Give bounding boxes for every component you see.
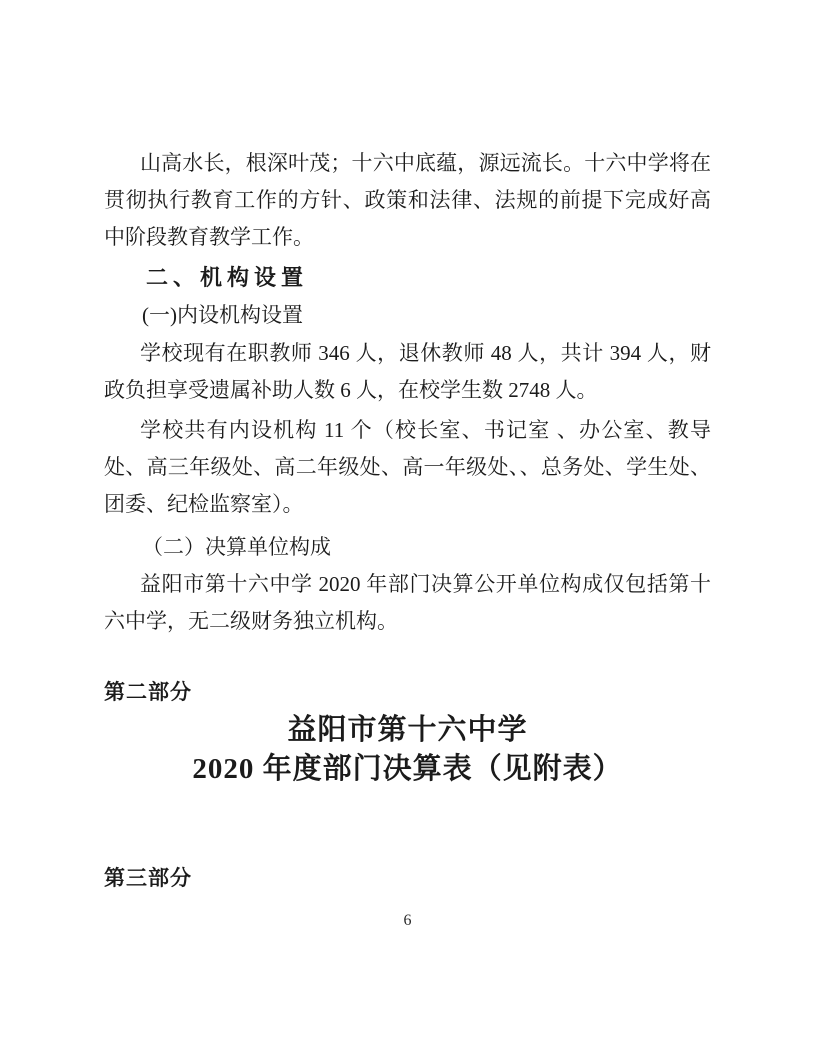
paragraph-org-list: 学校共有内设机构 11 个（校长室、书记室 、办公室、教导处、高三年级处、高二年…: [104, 412, 711, 523]
document-title-line2: 2020 年度部门决算表（见附表）: [104, 750, 711, 789]
page-number: 6: [104, 910, 711, 932]
subheading-unit-composition: （二）决算单位构成: [104, 529, 711, 566]
subheading-internal-org: (一)内设机构设置: [104, 297, 711, 334]
document-page: 山高水长，根深叶茂；十六中底蕴，源远流长。十六中学将在贯彻执行教育工作的方针、政…: [0, 0, 815, 1055]
part3-label: 第三部分: [104, 860, 711, 897]
part2-label: 第二部分: [104, 674, 711, 711]
heading-organization-setup: 二、机构设置: [104, 259, 711, 296]
paragraph-unit-composition: 益阳市第十六中学 2020 年部门决算公开单位构成仅包括第十六中学，无二级财务独…: [104, 566, 711, 640]
paragraph-intro: 山高水长，根深叶茂；十六中底蕴，源远流长。十六中学将在贯彻执行教育工作的方针、政…: [104, 145, 711, 256]
document-title-line1: 益阳市第十六中学: [104, 711, 711, 750]
paragraph-staff-numbers: 学校现有在职教师 346 人，退休教师 48 人，共计 394 人，财政负担享受…: [104, 335, 711, 409]
